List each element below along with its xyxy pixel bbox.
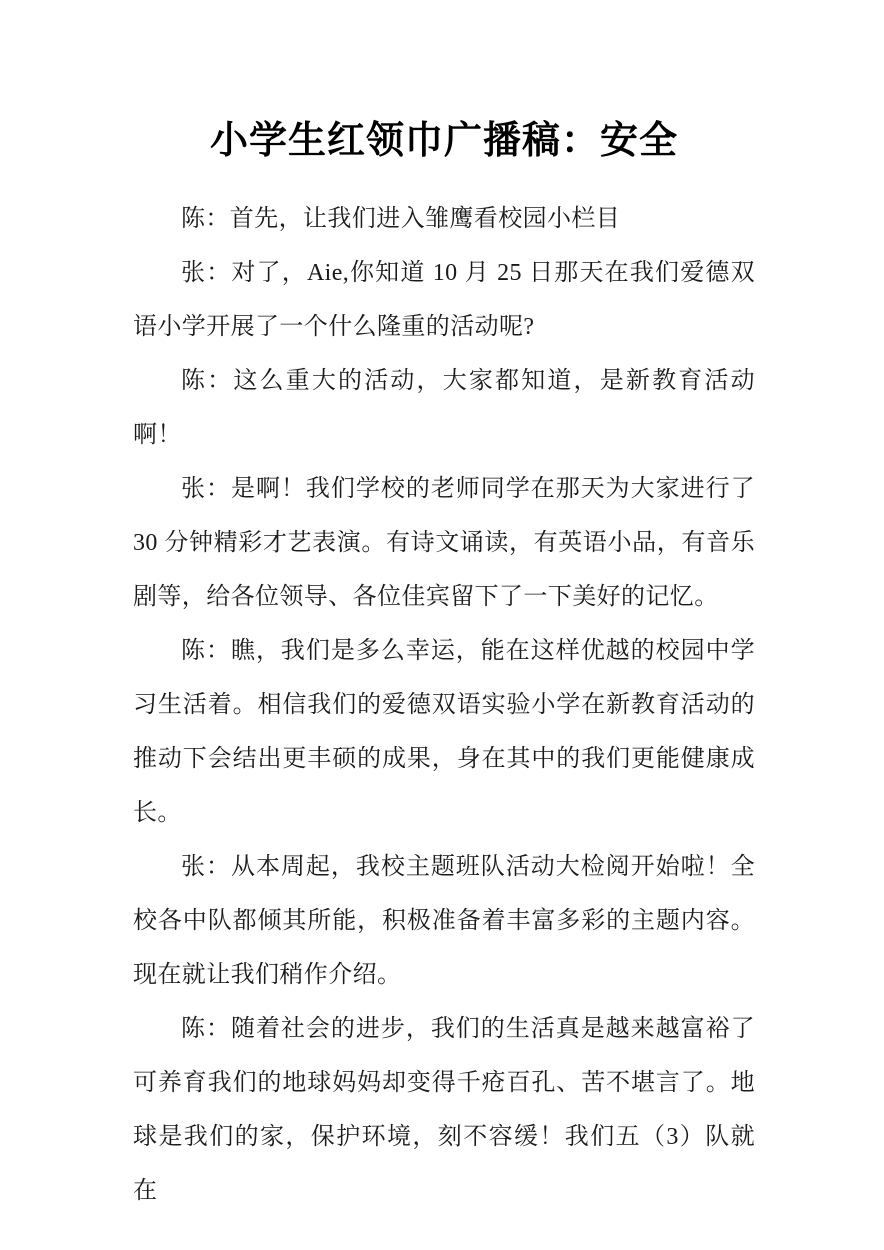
paragraph-chen-3: 陈：瞧，我们是多么幸运，能在这样优越的校园中学习生活着。相信我们的爱德双语实验小… [133, 624, 755, 840]
document-page: 小学生红领巾广播稿：安全 陈：首先，让我们进入雏鹰看校园小栏目 张：对了，Aie… [0, 0, 884, 1250]
paragraph-chen-2: 陈：这么重大的活动，大家都知道，是新教育活动啊！ [133, 354, 755, 462]
document-body: 陈：首先，让我们进入雏鹰看校园小栏目 张：对了，Aie,你知道 10 月 25 … [133, 192, 755, 1218]
paragraph-chen-1: 陈：首先，让我们进入雏鹰看校园小栏目 [133, 192, 755, 246]
paragraph-zhang-3: 张：从本周起，我校主题班队活动大检阅开始啦！全校各中队都倾其所能，积极准备着丰富… [133, 840, 755, 1002]
paragraph-chen-4: 陈：随着社会的进步，我们的生活真是越来越富裕了可养育我们的地球妈妈却变得千疮百孔… [133, 1002, 755, 1218]
paragraph-zhang-1: 张：对了，Aie,你知道 10 月 25 日那天在我们爱德双语小学开展了一个什么… [133, 246, 755, 354]
paragraph-zhang-2: 张：是啊！我们学校的老师同学在那天为大家进行了 30 分钟精彩才艺表演。有诗文诵… [133, 462, 755, 624]
document-title: 小学生红领巾广播稿：安全 [133, 116, 755, 166]
